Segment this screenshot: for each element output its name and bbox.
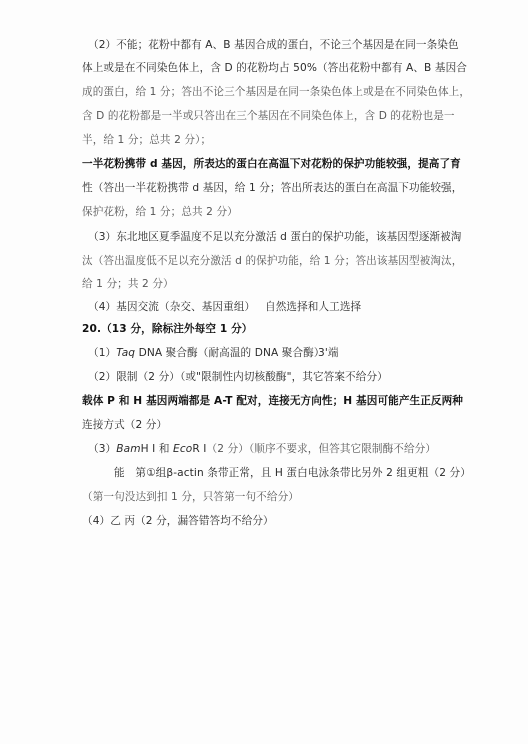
q20-part2-line1: （2）限制（2 分）（或"限制性内切核酸酶"，其它答案不给分） [88,370,388,384]
q19-part2-line8: 保护花粉，给 1 分；总共 2 分） [82,205,238,219]
q19-part2-line3: 成的蛋白，给 1 分；答出不论三个基因是在同一条染色体上或是在不同染色体上， [82,85,470,99]
q20-part4-line1: （4）乙 丙（2 分，漏答错答均不给分） [82,514,274,528]
q20-part1-taq: Taq [116,347,135,359]
q19-part3-line2: 汰（答出温度低不足以充分激活 d 的保护功能，给 1 分；答出该基因型被淘汰， [82,254,462,268]
q19-part3-line3: 给 1 分；共 2 分） [82,277,174,291]
ecori-italic: Eco [173,443,192,455]
q20-header: 20.（13 分，除标注外每空 1 分） [82,322,252,336]
q20-part3-line2: 能 第①组β-actin 条带正常，且 H 蛋白电泳条带比另外 2 组更粗（2 … [114,466,471,480]
q20-part3-rest: （2 分）（顺序不要求，但答其它限制酶不给分） [207,443,437,455]
q19-part2-line1: （2）不能；花粉中都有 A、B 基因合成的蛋白，不论三个基因是在同一条染色 [88,38,459,52]
q19-part2-line5: 半，给 1 分；总共 2 分）； [82,133,211,147]
q20-part1-end: 3'端 [318,346,339,360]
bamhi-italic: Bam [116,443,140,455]
q19-part2-line2: 体上或是在不同染色体上，含 D 的花粉均占 50%（答出花粉中都有 A、B 基因… [82,61,467,75]
q19-part2-line7: 性（答出一半花粉携带 d 基因，给 1 分；答出所表达的蛋白在高温下功能较强， [82,181,462,195]
q19-part4-answer-b: 自然选择和人工选择 [265,300,361,314]
bamhi-rest: H I [141,443,156,455]
q20-part2-line3: 连接方式（2 分） [82,418,167,432]
answer-key-page: （2）不能；花粉中都有 A、B 基因合成的蛋白，不论三个基因是在同一条染色 体上… [0,0,528,744]
q19-part2-line4: 含 D 的花粉都是一半或只答出在三个基因在不同染色体上，含 D 的花粉也是一 [82,109,455,123]
q19-part4-answer-a: （4）基因交流（杂交、基因重组） [88,300,255,314]
q20-part1: （1）Taq DNA 聚合酶（耐高温的 DNA 聚合酶） [88,346,325,360]
and-text: 和 [155,443,173,455]
q20-part3-prefix: （3） [88,443,116,455]
q20-part1-rest: DNA 聚合酶（耐高温的 DNA 聚合酶） [135,347,324,359]
q20-part2-line2: 载体 P 和 H 基因两端都是 A-T 配对，连接无方向性；H 基因可能产生正反… [82,394,463,408]
q20-part3-line1: （3）BamH I 和 EcoR I（2 分）（顺序不要求，但答其它限制酶不给分… [88,442,436,456]
q20-part1-prefix: （1） [88,347,116,359]
q19-part3-line1: （3）东北地区夏季温度不足以充分激活 d 蛋白的保护功能，该基因型逐渐被淘 [88,230,462,244]
q19-part2-line6: 一半花粉携带 d 基因，所表达的蛋白在高温下对花粉的保护功能较强，提高了育 [82,157,461,171]
q20-part3-line3: （第一句没达到扣 1 分，只答第一句不给分） [82,490,299,504]
ecori-rest: R I [192,443,206,455]
